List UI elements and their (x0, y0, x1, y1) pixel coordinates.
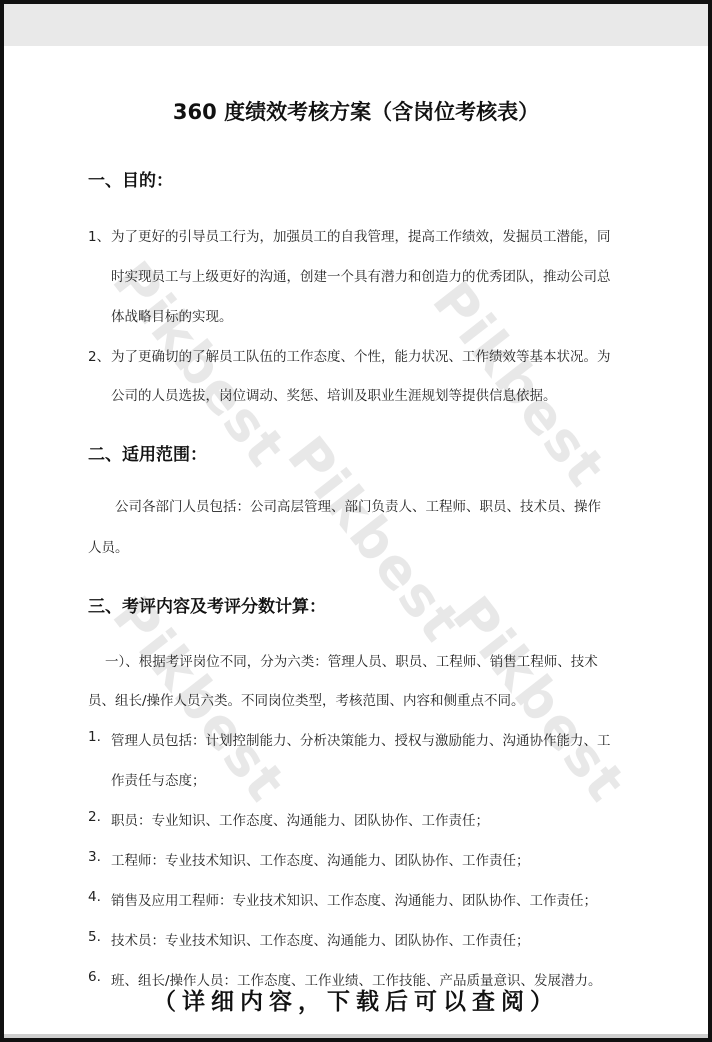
list-item-line: 职员：专业知识、工作态度、沟通能力、团队协作、工作责任； (111, 809, 489, 829)
paragraph-line: 为了更确切的了解员工队伍的工作态度、个性，能力状况、工作绩效等基本状况。为 (111, 345, 611, 365)
section-heading-evaluation: 三、考评内容及考评分数计算： (88, 592, 326, 617)
paragraph-line: 公司各部门人员包括：公司高层管理、部门负责人、工程师、职员、技术员、操作 (115, 495, 601, 515)
document-title: 360 度绩效考核方案（含岗位考核表） (0, 96, 712, 126)
section-heading-scope: 二、适用范围： (88, 440, 207, 465)
top-bar (4, 4, 708, 46)
paragraph-line: 公司的人员选拔，岗位调动、奖惩、培训及职业生涯规划等提供信息依据。 (111, 384, 557, 404)
paragraph-line: 时实现员工与上级更好的沟通，创建一个具有潜力和创造力的优秀团队，推动公司总 (111, 265, 611, 285)
download-notice: （详细内容，下载后可以查阅） (0, 983, 712, 1016)
list-marker: 1. (88, 729, 101, 745)
list-marker: 3. (88, 849, 101, 865)
section-heading-purpose: 一、目的： (88, 166, 173, 191)
bottom-bar (4, 1034, 708, 1038)
paragraph-line: 人员。 (88, 536, 129, 556)
list-item-line: 管理人员包括：计划控制能力、分析决策能力、授权与激励能力、沟通协作能力、工 (111, 729, 611, 749)
paragraph-line: 一）、根据考评岗位不同，分为六类：管理人员、职员、工程师、销售工程师、技术 (105, 650, 598, 670)
paragraph-line: 体战略目标的实现。 (111, 305, 233, 325)
list-marker: 5. (88, 929, 101, 945)
list-marker: 1、 (88, 225, 110, 245)
list-marker: 2. (88, 809, 101, 825)
list-item-line: 作责任与态度； (111, 769, 206, 789)
paragraph-line: 员、组长/操作人员六类。不同岗位类型，考核范围、内容和侧重点不同。 (88, 689, 525, 709)
list-item-line: 工程师：专业技术知识、工作态度、沟通能力、团队协作、工作责任； (111, 849, 530, 869)
list-marker: 4. (88, 889, 101, 905)
list-item-line: 技术员：专业技术知识、工作态度、沟通能力、团队协作、工作责任； (111, 929, 530, 949)
list-item-line: 销售及应用工程师：专业技术知识、工作态度、沟通能力、团队协作、工作责任； (111, 889, 597, 909)
list-marker: 2、 (88, 345, 110, 365)
document-frame (0, 0, 712, 1042)
paragraph-line: 为了更好的引导员工行为，加强员工的自我管理，提高工作绩效，发掘员工潜能，同 (111, 225, 611, 245)
